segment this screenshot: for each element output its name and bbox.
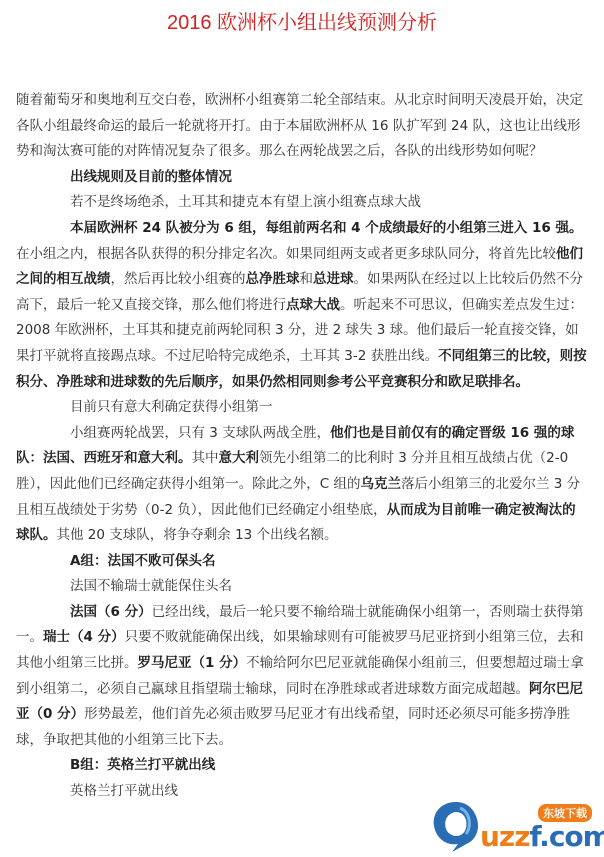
- text-bold: 总进球: [313, 271, 354, 287]
- section-heading-group-a: A组：法国不败可保头名: [16, 549, 588, 575]
- intro-paragraph: 随着葡萄牙和奥地利互交白卷，欧洲杯小组赛第二轮全部结束。从北京时间明天凌晨开始，…: [16, 88, 588, 165]
- text-bold: 乌克兰: [360, 476, 401, 492]
- section-heading-rules: 出线规则及目前的整体情况: [16, 165, 588, 191]
- article-body: 随着葡萄牙和奥地利互交白卷，欧洲杯小组赛第二轮全部结束。从北京时间明天凌晨开始，…: [16, 88, 588, 805]
- text: 形势最差，他们首先必须击败罗马尼亚才有出线希望，同时还必须尽可能多捞净胜球，争取…: [16, 706, 570, 748]
- text: 和: [300, 271, 314, 287]
- page-title: 2016 欧洲杯小组出线预测分析: [0, 6, 604, 35]
- text-bold: 罗马尼亚（1 分）: [138, 655, 247, 671]
- text-bold: 总净胜球: [246, 271, 300, 287]
- text-bold: 瑞士（4 分）: [43, 629, 125, 645]
- status-paragraph: 小组赛两轮战罢，只有 3 支球队两战全胜，他们也是目前仅有的确定晋级 16 强的…: [16, 421, 588, 549]
- logo-text-blue: f.com: [530, 820, 604, 853]
- text-bold: 点球大战: [286, 297, 340, 313]
- text: 其他 20 支球队，将争夺剩余 13 个出线名额。: [57, 527, 338, 543]
- rules-paragraph: 本届欧洲杯 24 队被分为 6 组，每组前两名和 4 个成绩最好的小组第三进入 …: [16, 216, 588, 395]
- logo-text: uzzf.com: [480, 820, 604, 853]
- text: 其中: [192, 450, 219, 466]
- text: 小组赛两轮战罢，只有 3 支球队两战全胜，: [70, 425, 330, 441]
- logo-text-orange: uzz: [480, 820, 530, 853]
- group-a-paragraph: 法国（6 分）已经出线，最后一轮只要不输给瑞士就能确保小组第一，否则瑞士获得第一…: [16, 600, 588, 754]
- watermark-logo: 东坡下载 uzzf.com: [430, 798, 600, 854]
- subtitle-group-a: 法国不输瑞士就能保住头名: [16, 574, 588, 600]
- subtitle-italy: 目前只有意大利确定获得小组第一: [16, 395, 588, 421]
- subtitle-rules: 若不是终场绝杀，土耳其和捷克本有望上演小组赛点球大战: [16, 190, 588, 216]
- text-bold: 法国（6 分）: [70, 604, 152, 620]
- rules-bold: 本届欧洲杯 24 队被分为 6 组，每组前两名和 4 个成绩最好的小组第三进入 …: [70, 220, 582, 236]
- text: ，然后再比较小组赛的: [111, 271, 246, 287]
- section-heading-group-b: B组：英格兰打平就出线: [16, 753, 588, 779]
- swirl-logo-icon: [430, 798, 482, 854]
- text: 在小组之内，根据各队获得的积分排定名次。如果同组两支或者更多球队同分，将首先比较: [16, 246, 556, 262]
- text-bold: 意大利: [219, 450, 260, 466]
